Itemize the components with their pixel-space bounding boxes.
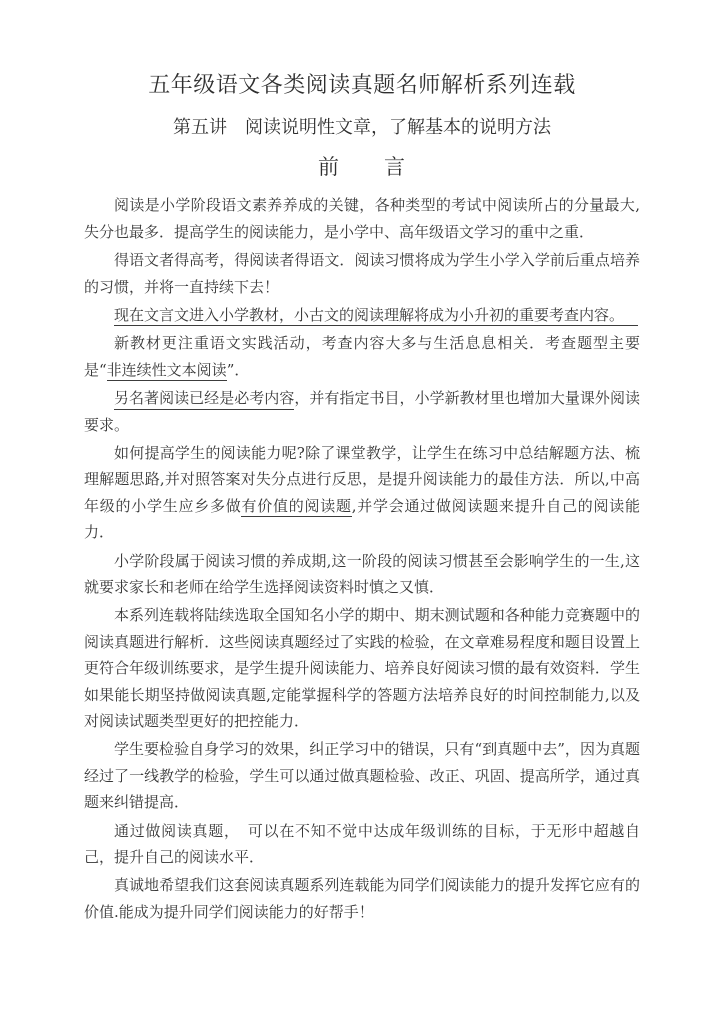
paragraph: 阅读是小学阶段语文素养养成的关键，各种类型的考试中阅读所占的分量最大,失分也最多… [84,192,640,245]
paragraph: 真诚地希望我们这套阅读真题系列连载能为同学们阅读能力的提升发挥它应有的价值.能成… [84,872,640,925]
paragraph: 得语文者得高考，得阅读者得语文．阅读习惯将成为学生小学入学前后重点培养的习惯，并… [84,247,640,300]
document-page: 五年级语文各类阅读真题名师解析系列连载 第五讲 阅读说明性文章，了解基本的说明方… [0,0,724,1024]
text-segment: ”． [227,361,250,379]
paragraph: 通过做阅读真题， 可以在不知不觉中达成年级训练的目标，于无形中超越自己，提升自己… [84,818,640,871]
paragraph: 小学阶段属于阅读习惯的养成期,这一阶段的阅读习惯甚至会影响学生的一生,这就要求家… [84,548,640,601]
underlined-text-segment: 非连续性文本阅读 [107,361,227,382]
text-segment: 通过做阅读真题， 可以在不知不觉中达成年级训练的目标，于无形中超越自己，提升自己… [84,822,640,866]
paragraph: 学生要检验自身学习的效果，纠正学习中的错误，只有“到真题中去”，因为真题经过了一… [84,736,640,815]
text-segment: 本系列连载将陆续选取全国知名小学的期中、期末测试题和各种能力竞赛题中的阅读真题进… [84,606,640,730]
paragraph: 如何提高学生的阅读能力呢?除了课堂教学，让学生在练习中总结解题方法、梳理解题思路… [84,440,640,546]
document-title: 五年级语文各类阅读真题名师解析系列连载 [84,72,640,100]
underlined-text-segment: 有价值的阅读题 [241,497,351,518]
paragraph: 现在文言文进入小学教材，小古文的阅读理解将成为小升初的重要考查内容。 [84,302,640,328]
text-segment: 小学阶段属于阅读习惯的养成期,这一阶段的阅读习惯甚至会影响学生的一生,这就要求家… [84,552,640,596]
underlined-text-segment: 现在文言文进入小学教材，小古文的阅读理解将成为小升初的重要考查内容。 [114,306,638,327]
text-segment: 真诚地希望我们这套阅读真题系列连载能为同学们阅读能力的提升发挥它应有的价值.能成… [84,876,640,920]
text-segment: 得语文者得高考，得阅读者得语文．阅读习惯将成为学生小学入学前后重点培养的习惯，并… [84,251,640,295]
paragraph: 另名著阅读已经是必考内容，并有指定书目，小学新教材里也增加大量课外阅读要求。 [84,385,640,438]
paragraph: 本系列连载将陆续选取全国知名小学的期中、期末测试题和各种能力竞赛题中的阅读真题进… [84,602,640,734]
paragraph: 新教材更注重语文实践活动，考查内容大多与生活息息相关．考查题型主要是“非连续性文… [84,330,640,383]
document-subtitle: 第五讲 阅读说明性文章，了解基本的说明方法 [84,117,640,140]
section-heading-preface: 前 言 [84,154,640,181]
body-text: 阅读是小学阶段语文素养养成的关键，各种类型的考试中阅读所占的分量最大,失分也最多… [84,192,640,925]
text-segment: 阅读是小学阶段语文素养养成的关键，各种类型的考试中阅读所占的分量最大,失分也最多… [84,196,640,240]
text-segment: 学生要检验自身学习的效果，纠正学习中的错误，只有“到真题中去”，因为真题经过了一… [84,740,640,811]
underlined-text-segment: 另名著阅读已经是必考内容 [114,389,294,410]
